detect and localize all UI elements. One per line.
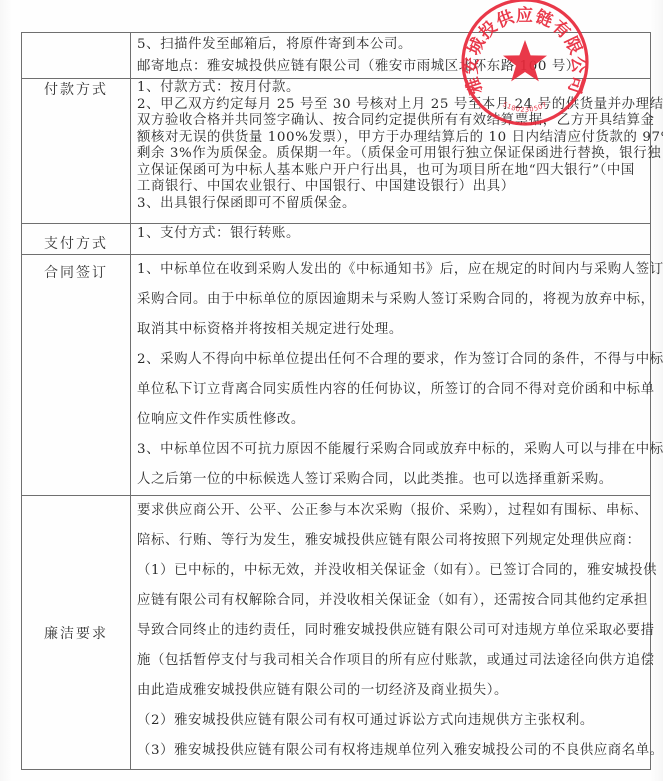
contract-line: 单位私下订立背离合同实质性内容的任何协议，所签订的合同不得对竞价函和中标单	[137, 375, 644, 405]
payment-line: 工商银行、中国农业银行、中国银行、中国建设银行）出具）	[137, 179, 644, 196]
payment-line: 1、付款方式：按月付款。	[137, 80, 644, 97]
payment-line: 3、出具银行保函即可不留质保金。	[137, 196, 644, 213]
document-page: 5、扫描件发至邮箱后，将原件寄到本公司。 邮寄地点：雅安城投供应链有限公司（雅安…	[0, 0, 663, 781]
integrity-line: （3）雅安城投供应链有限公司有权将违规单位列入雅安城投公司的不良供应商名单。	[137, 736, 644, 766]
table-row-integrity-requirements: 廉洁要求 要求供应商公开、公平、公正参与本次采购（报价、采购），过程如有围标、串…	[22, 496, 651, 770]
contract-line: 取消其中标资格并将按相关规定进行处理。	[137, 315, 644, 345]
row-label-empty	[22, 33, 131, 79]
row-label-payment-method: 支付方式	[22, 224, 131, 255]
row-content-contract-signing: 1、中标单位在收到采购人发出的《中标通知书》后，应在规定的时间内与采购人签订 采…	[131, 255, 651, 496]
payment-line: 双方验收合格并共同签字确认、按合同约定提供所有有效结算票据，乙方开具结算金	[137, 113, 644, 130]
contract-line: 3、中标单位因不可抗力原因不能履行采购合同或放弃中标的，采购人可以与排在中标	[137, 435, 644, 465]
table-row-payment-terms: 付款方式 1、付款方式：按月付款。 2、甲乙双方约定每月 25 号至 30 号核…	[22, 79, 651, 224]
integrity-line: 陪标、行贿、等行为发生，雅安城投供应链有限公司将按照下列规定处理供应商：	[137, 526, 644, 556]
payment-method-line: 1、支付方式：银行转账。	[137, 224, 644, 243]
mailing-address: 邮寄地点：雅安城投供应链有限公司（雅安市雨城区北环东路 100 号）	[137, 56, 644, 78]
procurement-terms-table: 5、扫描件发至邮箱后，将原件寄到本公司。 邮寄地点：雅安城投供应链有限公司（雅安…	[21, 32, 651, 770]
row-content-mailing: 5、扫描件发至邮箱后，将原件寄到本公司。 邮寄地点：雅安城投供应链有限公司（雅安…	[131, 33, 651, 79]
table-row-mailing: 5、扫描件发至邮箱后，将原件寄到本公司。 邮寄地点：雅安城投供应链有限公司（雅安…	[22, 33, 651, 79]
payment-line: 2、甲乙双方约定每月 25 号至 30 号核对上月 25 号至本月 24 号的供…	[137, 97, 644, 114]
payment-method-label: 支付方式	[22, 235, 130, 254]
contract-line: 位响应文件作实质性修改。	[137, 405, 644, 435]
integrity-line: 导致合同终止的违约责任，同时雅安城投供应链有限公司可对违规方单位采取必要措	[137, 616, 644, 646]
contract-line: 2、采购人不得向中标单位提出任何不合理的要求，作为签订合同的条件，不得与中标	[137, 345, 644, 375]
integrity-line: （1）已中标的，中标无效，并没收相关保证金（如有）。已签订合同的，雅安城投供	[137, 556, 644, 586]
contract-line: 1、中标单位在收到采购人发出的《中标通知书》后，应在规定的时间内与采购人签订	[137, 255, 644, 285]
contract-line: 采购合同。由于中标单位的原因逾期未与采购人签订采购合同的，将视为放弃中标，	[137, 285, 644, 315]
integrity-line: 施（包括暂停支付与我司相关合作项目的所有应付账款，或通过司法途径向供方追偿	[137, 646, 644, 676]
row-content-payment-method: 1、支付方式：银行转账。	[131, 224, 651, 255]
contract-line: 人之后第一位的中标候选人签订采购合同，以此类推。也可以选择重新采购。	[137, 465, 644, 495]
mailing-line-1: 5、扫描件发至邮箱后，将原件寄到本公司。	[137, 34, 644, 56]
table-row-payment-method: 支付方式 1、支付方式：银行转账。	[22, 224, 651, 255]
integrity-line: 由此造成雅安城投供应链有限公司的一切经济及商业损失）。	[137, 676, 644, 706]
row-label-contract-signing: 合同签订	[22, 255, 131, 496]
payment-line: 剩余 3%作为质保金。质保期一年。（质保金可用银行独立保证保函进行替换，银行独	[137, 146, 644, 163]
table-row-contract-signing: 合同签订 1、中标单位在收到采购人发出的《中标通知书》后，应在规定的时间内与采购…	[22, 255, 651, 496]
payment-line: 立保证保函可为中标人基本账户开户行出具，也可为项目所在地“四大银行”（中国	[137, 163, 644, 180]
row-label-payment-terms: 付款方式	[22, 79, 131, 224]
row-content-payment-terms: 1、付款方式：按月付款。 2、甲乙双方约定每月 25 号至 30 号核对上月 2…	[131, 79, 651, 224]
integrity-line: 要求供应商公开、公平、公正参与本次采购（报价、采购），过程如有围标、串标、	[137, 496, 644, 526]
integrity-line: （2）雅安城投供应链有限公司有权可通过诉讼方式向违规供方主张权利。	[137, 706, 644, 736]
integrity-line: 应链有限公司有权解除合同，并没收相关保证金（如有），还需按合同其他约定承担	[137, 586, 644, 616]
row-label-integrity-requirements: 廉洁要求	[22, 496, 131, 770]
row-content-integrity-requirements: 要求供应商公开、公平、公正参与本次采购（报价、采购），过程如有围标、串标、 陪标…	[131, 496, 651, 770]
payment-line: 额核对无误的供货量 100%发票），甲方于办理结算后的 10 日内结清应付货款的…	[137, 130, 644, 147]
